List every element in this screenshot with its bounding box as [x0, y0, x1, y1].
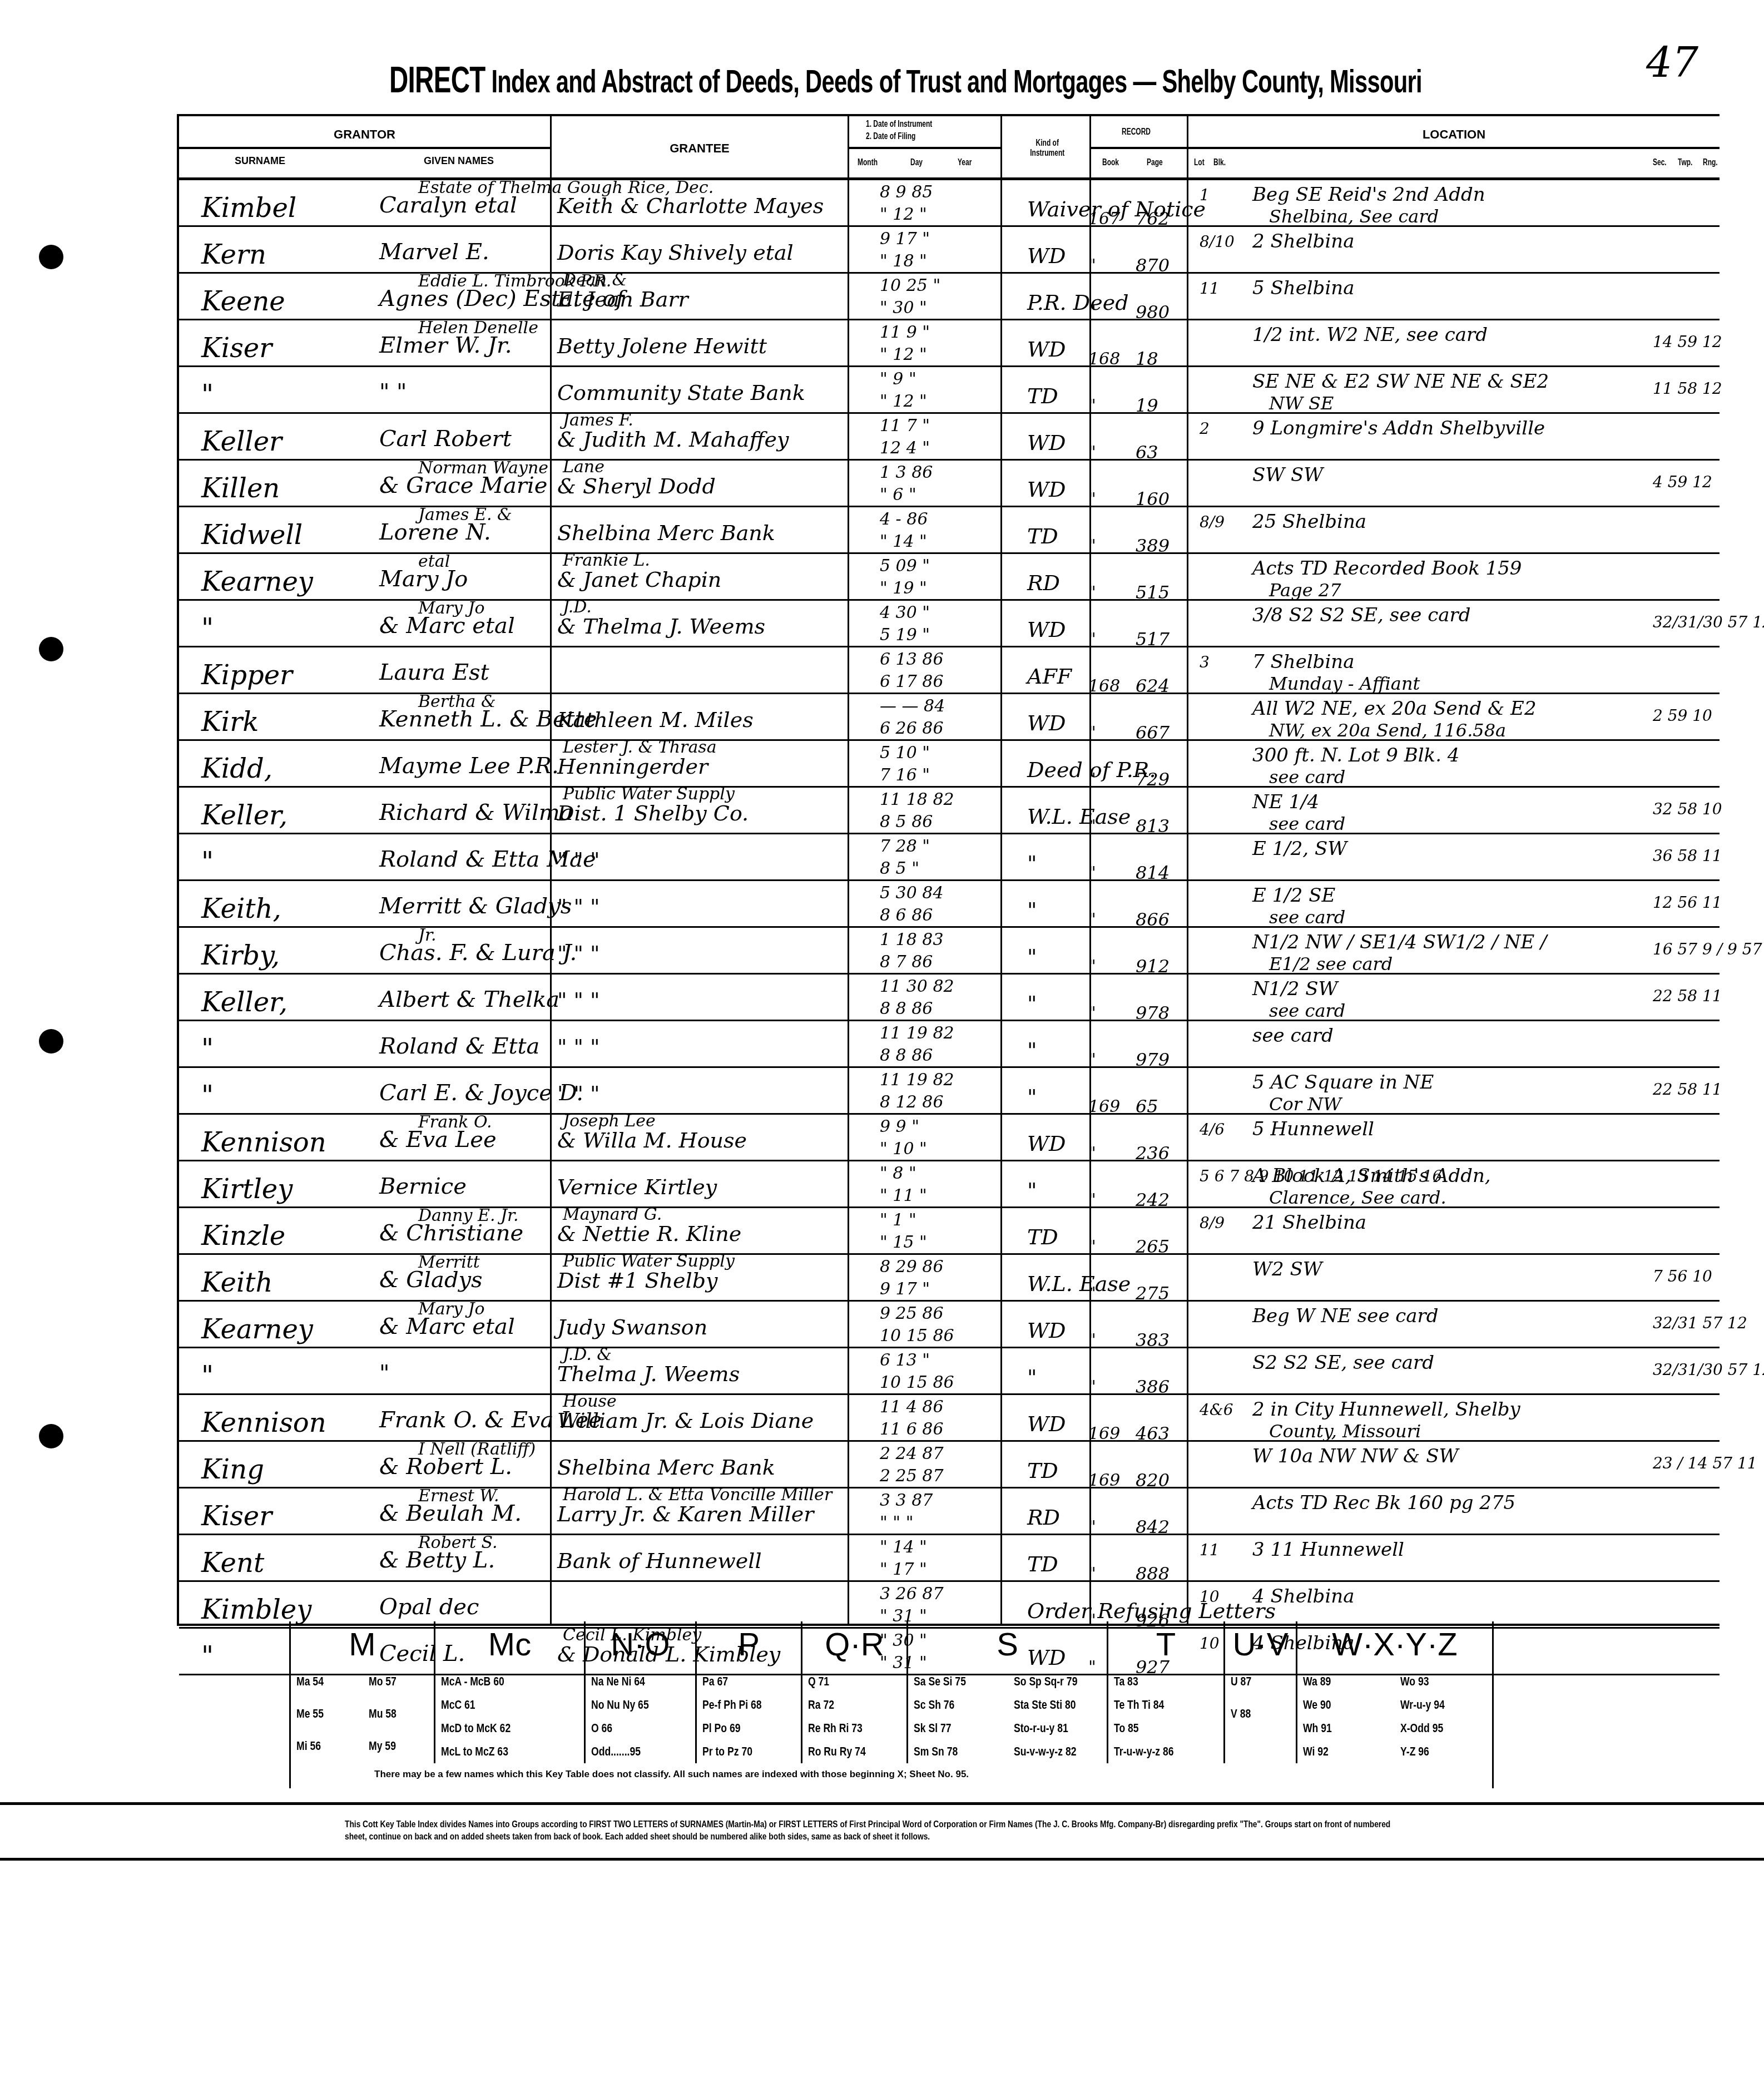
- index-row: Keith,Merritt & Gladys" " "5 30 848 6 86…: [179, 881, 1720, 928]
- key-group-item: So Sp Sq-r 79: [1014, 1674, 1077, 1689]
- surname-label: SURNAME: [235, 155, 285, 167]
- key-group-item: We 90: [1303, 1698, 1331, 1712]
- binder-hole: [39, 1029, 63, 1054]
- location-description: 9 Longmire's Addn Shelbyville: [1252, 417, 1545, 462]
- title-text: Index and Abstract of Deeds, Deeds of Tr…: [491, 63, 1422, 100]
- key-group-letter: P: [697, 1626, 801, 1663]
- key-group: SSa Se Si 75Sc Sh 76Sk Sl 77Sm Sn 78So S…: [908, 1621, 1108, 1763]
- key-group-item: Mu 58: [369, 1707, 397, 1721]
- location-lot: 3: [1200, 653, 1210, 698]
- key-group-item: McA - McB 60: [441, 1674, 504, 1689]
- sec-label: Sec.: [1653, 158, 1667, 168]
- key-group-item: Ro Ru Ry 74: [808, 1744, 866, 1759]
- index-row: Kirby,Jr.Chas. F. & Lura J." " "1 18 838…: [179, 928, 1720, 975]
- location-lot: 4/6: [1200, 1120, 1225, 1165]
- index-row: KentRobert S.& Betty L.Bank of Hunnewell…: [179, 1535, 1720, 1582]
- page-label: Page: [1147, 158, 1163, 168]
- key-group: W·X·Y·ZWa 89We 90Wh 91Wi 92Wo 93Wr-u-y 9…: [1297, 1621, 1492, 1763]
- date-line1: 1. Date of Instrument: [866, 120, 932, 130]
- record-header: RECORD Book Page: [1091, 116, 1188, 177]
- key-group-item: Ta 83: [1114, 1674, 1138, 1689]
- binder-hole: [39, 1424, 63, 1448]
- location-lot: 8/9: [1200, 513, 1225, 558]
- location-description: E 1/2, SW: [1252, 838, 1347, 883]
- kind-header: Kind of Instrument: [1002, 116, 1091, 177]
- key-group-item: Wi 92: [1303, 1744, 1329, 1759]
- location-description: S2 S2 SE, see card: [1252, 1352, 1434, 1397]
- title-direct: DIRECT: [389, 59, 485, 100]
- key-group: U·VU 87V 88: [1225, 1621, 1297, 1763]
- key-group-item: Mi 56: [296, 1739, 321, 1753]
- column-header: GRANTOR SURNAME GIVEN NAMES GRANTEE 1. D…: [179, 116, 1720, 180]
- index-row: KinzleDanny E. Jr.& ChristianeMaynard G.…: [179, 1208, 1720, 1255]
- key-group-item: X-Odd 95: [1400, 1721, 1443, 1735]
- index-row: "Mary Jo& Marc etalJ.D.& Thelma J. Weems…: [179, 601, 1720, 647]
- index-row: KernMarvel E.Doris Kay Shively etal9 17 …: [179, 227, 1720, 274]
- rule: [0, 1802, 1764, 1805]
- index-row: Kidd,Mayme Lee P.R.Lester J. & ThrasaHen…: [179, 741, 1720, 788]
- index-row: "" "Community State Bank" 9 "" 12 "TD"19…: [179, 367, 1720, 414]
- key-group-item: Sk Sl 77: [914, 1721, 952, 1735]
- key-group-letter: Q·R: [802, 1626, 906, 1663]
- key-group: PPa 67Pe-f Ph Pi 68Pl Po 69Pr to Pz 70: [697, 1621, 802, 1763]
- location-lot: 8/9: [1200, 1214, 1225, 1259]
- key-group-item: McD to McK 62: [441, 1721, 511, 1735]
- index-row: "Carl E. & Joyce D." " "11 19 828 12 86"…: [179, 1068, 1720, 1115]
- location-description: 2 Shelbina: [1252, 230, 1354, 275]
- year-label: Year: [958, 158, 972, 168]
- key-group-item: Pa 67: [702, 1674, 728, 1689]
- key-group-letter: N·O: [586, 1626, 695, 1663]
- key-group-item: Wh 91: [1303, 1721, 1332, 1735]
- key-table-note: There may be a few names which this Key …: [374, 1769, 969, 1780]
- key-group-item: Mo 57: [369, 1674, 397, 1689]
- key-group-item: Me 55: [296, 1707, 324, 1721]
- key-group-letter: Mc: [435, 1626, 584, 1663]
- location-description: SW SW: [1252, 464, 1323, 509]
- index-row: "Roland & Etta Mae" " "7 28 "8 5 """814E…: [179, 834, 1720, 881]
- location-description: 25 Shelbina: [1252, 511, 1366, 556]
- index-row: Keller,Richard & WilmaPublic Water Suppl…: [179, 788, 1720, 834]
- key-group-item: O 66: [591, 1721, 612, 1735]
- index-row: KidwellJames E. &Lorene N.Shelbina Merc …: [179, 507, 1720, 554]
- key-group-item: McL to McZ 63: [441, 1744, 508, 1759]
- date-header: 1. Date of Instrument 2. Date of Filing …: [849, 116, 1002, 177]
- month-label: Month: [858, 158, 878, 168]
- key-group-letter: U·V: [1225, 1626, 1296, 1663]
- key-group-item: Odd.......95: [591, 1744, 641, 1759]
- key-group: McMcA - McB 60McC 61McD to McK 62McL to …: [435, 1621, 586, 1763]
- key-group-item: Pe-f Ph Pi 68: [702, 1698, 762, 1712]
- index-row: KillenNorman Wayne& Grace MarieLane& She…: [179, 461, 1720, 507]
- rule: [0, 1858, 1764, 1861]
- grantee-label: GRANTEE: [552, 141, 848, 156]
- key-group-item: Te Th Ti 84: [1114, 1698, 1164, 1712]
- location-description: 3 11 Hunnewell: [1252, 1539, 1404, 1584]
- location-lot: 2: [1200, 419, 1210, 464]
- location-description: W 10a NW NW & SW: [1252, 1445, 1458, 1490]
- grantor-header: GRANTOR SURNAME GIVEN NAMES: [179, 116, 552, 177]
- key-group-item: Re Rh Ri 73: [808, 1721, 863, 1735]
- key-group-letter: W·X·Y·Z: [1297, 1626, 1492, 1663]
- key-group-item: U 87: [1231, 1674, 1251, 1689]
- location-description: 21 Shelbina: [1252, 1211, 1366, 1257]
- key-group-item: Su-v-w-y-z 82: [1014, 1744, 1076, 1759]
- lot-label: Lot: [1194, 158, 1205, 168]
- location-lot: 1: [1200, 186, 1210, 231]
- index-row: KeithMerritt& GladysPublic Water SupplyD…: [179, 1255, 1720, 1302]
- index-row: KiserHelen DenelleElmer W. Jr.Betty Jole…: [179, 320, 1720, 367]
- location-lot: 8/10: [1200, 233, 1235, 278]
- twp-label: Twp.: [1678, 158, 1692, 168]
- binder-hole: [39, 637, 63, 661]
- rng-label: Rng.: [1703, 158, 1718, 168]
- index-row: KimbelEstate of Thelma Gough Rice, Dec.C…: [179, 180, 1720, 227]
- grantor-label: GRANTOR: [179, 127, 550, 142]
- index-row: KennisonFrank O. & Eva LeeHouseWilliam J…: [179, 1395, 1720, 1442]
- blk-label: Blk.: [1213, 158, 1226, 168]
- location-description: 5 Hunnewell: [1252, 1118, 1374, 1163]
- key-group-item: Pl Po 69: [702, 1721, 740, 1735]
- book-label: Book: [1102, 158, 1119, 168]
- location-label: LOCATION: [1188, 127, 1720, 142]
- index-sheet: GRANTOR SURNAME GIVEN NAMES GRANTEE 1. D…: [177, 114, 1720, 1626]
- key-group-item: To 85: [1114, 1721, 1139, 1735]
- location-description: see card: [1252, 1025, 1334, 1070]
- grantee-header: GRANTEE: [552, 116, 849, 177]
- index-row: KearneyetalMary JoFrankie L.& Janet Chap…: [179, 554, 1720, 601]
- key-group-item: Y-Z 96: [1400, 1744, 1429, 1759]
- key-group: TTa 83Te Th Ti 84To 85Tr-u-w-y-z 86: [1108, 1621, 1225, 1763]
- key-group-item: My 59: [369, 1739, 396, 1753]
- key-group-item: Wr-u-y 94: [1400, 1698, 1445, 1712]
- key-group-item: Na Ne Ni 64: [591, 1674, 645, 1689]
- index-row: KearneyMary Jo& Marc etalJudy Swanson9 2…: [179, 1302, 1720, 1348]
- key-group-item: No Nu Ny 65: [591, 1698, 649, 1712]
- key-group-item: Sto-r-u-y 81: [1014, 1721, 1068, 1735]
- kind-label: Kind of Instrument: [1024, 139, 1071, 159]
- key-group: N·ONa Ne Ni 64No Nu Ny 65O 66Odd.......9…: [586, 1621, 697, 1763]
- key-group-item: V 88: [1231, 1707, 1251, 1721]
- key-group-letter: T: [1108, 1626, 1223, 1663]
- location-header: LOCATION Lot Blk. Sec. Twp. Rng.: [1188, 116, 1720, 177]
- index-row: KipperLaura Est6 13 866 17 86AFF16862437…: [179, 647, 1720, 694]
- index-row: ""J.D. &Thelma J. Weems6 13 "10 15 86""3…: [179, 1348, 1720, 1395]
- key-group-item: Tr-u-w-y-z 86: [1114, 1744, 1174, 1759]
- key-group-letter: S: [908, 1626, 1107, 1663]
- key-group: MMa 54Me 55Mi 56Mo 57Mu 58My 59: [291, 1621, 435, 1763]
- key-table: There may be a few names which this Key …: [289, 1621, 1494, 1788]
- index-row: KirkBertha &Kenneth L. & BetteKathleen M…: [179, 694, 1720, 741]
- index-row: KingI Nell (Ratliff)& Robert L.Shelbina …: [179, 1442, 1720, 1488]
- key-group-item: Sm Sn 78: [914, 1744, 958, 1759]
- day-label: Day: [910, 158, 923, 168]
- index-row: KeeneEddie L. Timbrook P.R.Agnes (Dec) E…: [179, 274, 1720, 320]
- date-line2: 2. Date of Filing: [866, 132, 915, 142]
- location-lot: 11: [1200, 279, 1220, 324]
- key-group-item: Ma 54: [296, 1674, 324, 1689]
- location-description: 3/8 S2 S2 SE, see card: [1252, 604, 1471, 649]
- footer-note: This Cott Key Table Index divides Names …: [345, 1819, 1397, 1843]
- location-lot: 11: [1200, 1541, 1220, 1586]
- given-names-label: GIVEN NAMES: [424, 155, 494, 167]
- page-number: 47: [1646, 39, 1698, 87]
- location-description: Beg W NE see card: [1252, 1305, 1439, 1350]
- key-group-item: Wo 93: [1400, 1674, 1429, 1689]
- key-group-item: Q 71: [808, 1674, 829, 1689]
- key-group-item: Pr to Pz 70: [702, 1744, 752, 1759]
- location-lot: 4&6: [1200, 1401, 1233, 1446]
- location-description: Acts TD Rec Bk 160 pg 275: [1252, 1492, 1515, 1537]
- index-row: KellerCarl RobertJames F.& Judith M. Mah…: [179, 414, 1720, 461]
- index-row: KirtleyBerniceVernice Kirtley" 8 "" 11 "…: [179, 1161, 1720, 1208]
- grantor-surname: ": [201, 1641, 214, 1686]
- binder-hole: [39, 245, 63, 269]
- key-group-item: Sc Sh 76: [914, 1698, 954, 1712]
- key-group-item: Sta Ste Sti 80: [1014, 1698, 1076, 1712]
- record-label: RECORD: [1122, 127, 1151, 137]
- location-description: W2 SW: [1252, 1258, 1322, 1303]
- location-description: 1/2 int. W2 NE, see card: [1252, 324, 1488, 369]
- index-row: KennisonFrank O.& Eva LeeJoseph Lee& Wil…: [179, 1115, 1720, 1161]
- key-group-item: McC 61: [441, 1698, 475, 1712]
- key-group-letter: M: [291, 1626, 434, 1663]
- key-group-item: Sa Se Si 75: [914, 1674, 966, 1689]
- index-row: "Roland & Etta" " "11 19 828 8 86""979se…: [179, 1021, 1720, 1068]
- index-row: Keller,Albert & Thelka" " "11 30 828 8 8…: [179, 975, 1720, 1021]
- page-title: DIRECT Index and Abstract of Deeds, Deed…: [389, 58, 1422, 101]
- key-group-item: Ra 72: [808, 1698, 834, 1712]
- key-group-item: Wa 89: [1303, 1674, 1331, 1689]
- key-group: Q·RQ 71Ra 72Re Rh Ri 73Ro Ru Ry 74: [802, 1621, 908, 1763]
- index-row: KiserErnest W.& Beulah M.Harold L. & Ett…: [179, 1488, 1720, 1535]
- location-description: 5 Shelbina: [1252, 277, 1354, 322]
